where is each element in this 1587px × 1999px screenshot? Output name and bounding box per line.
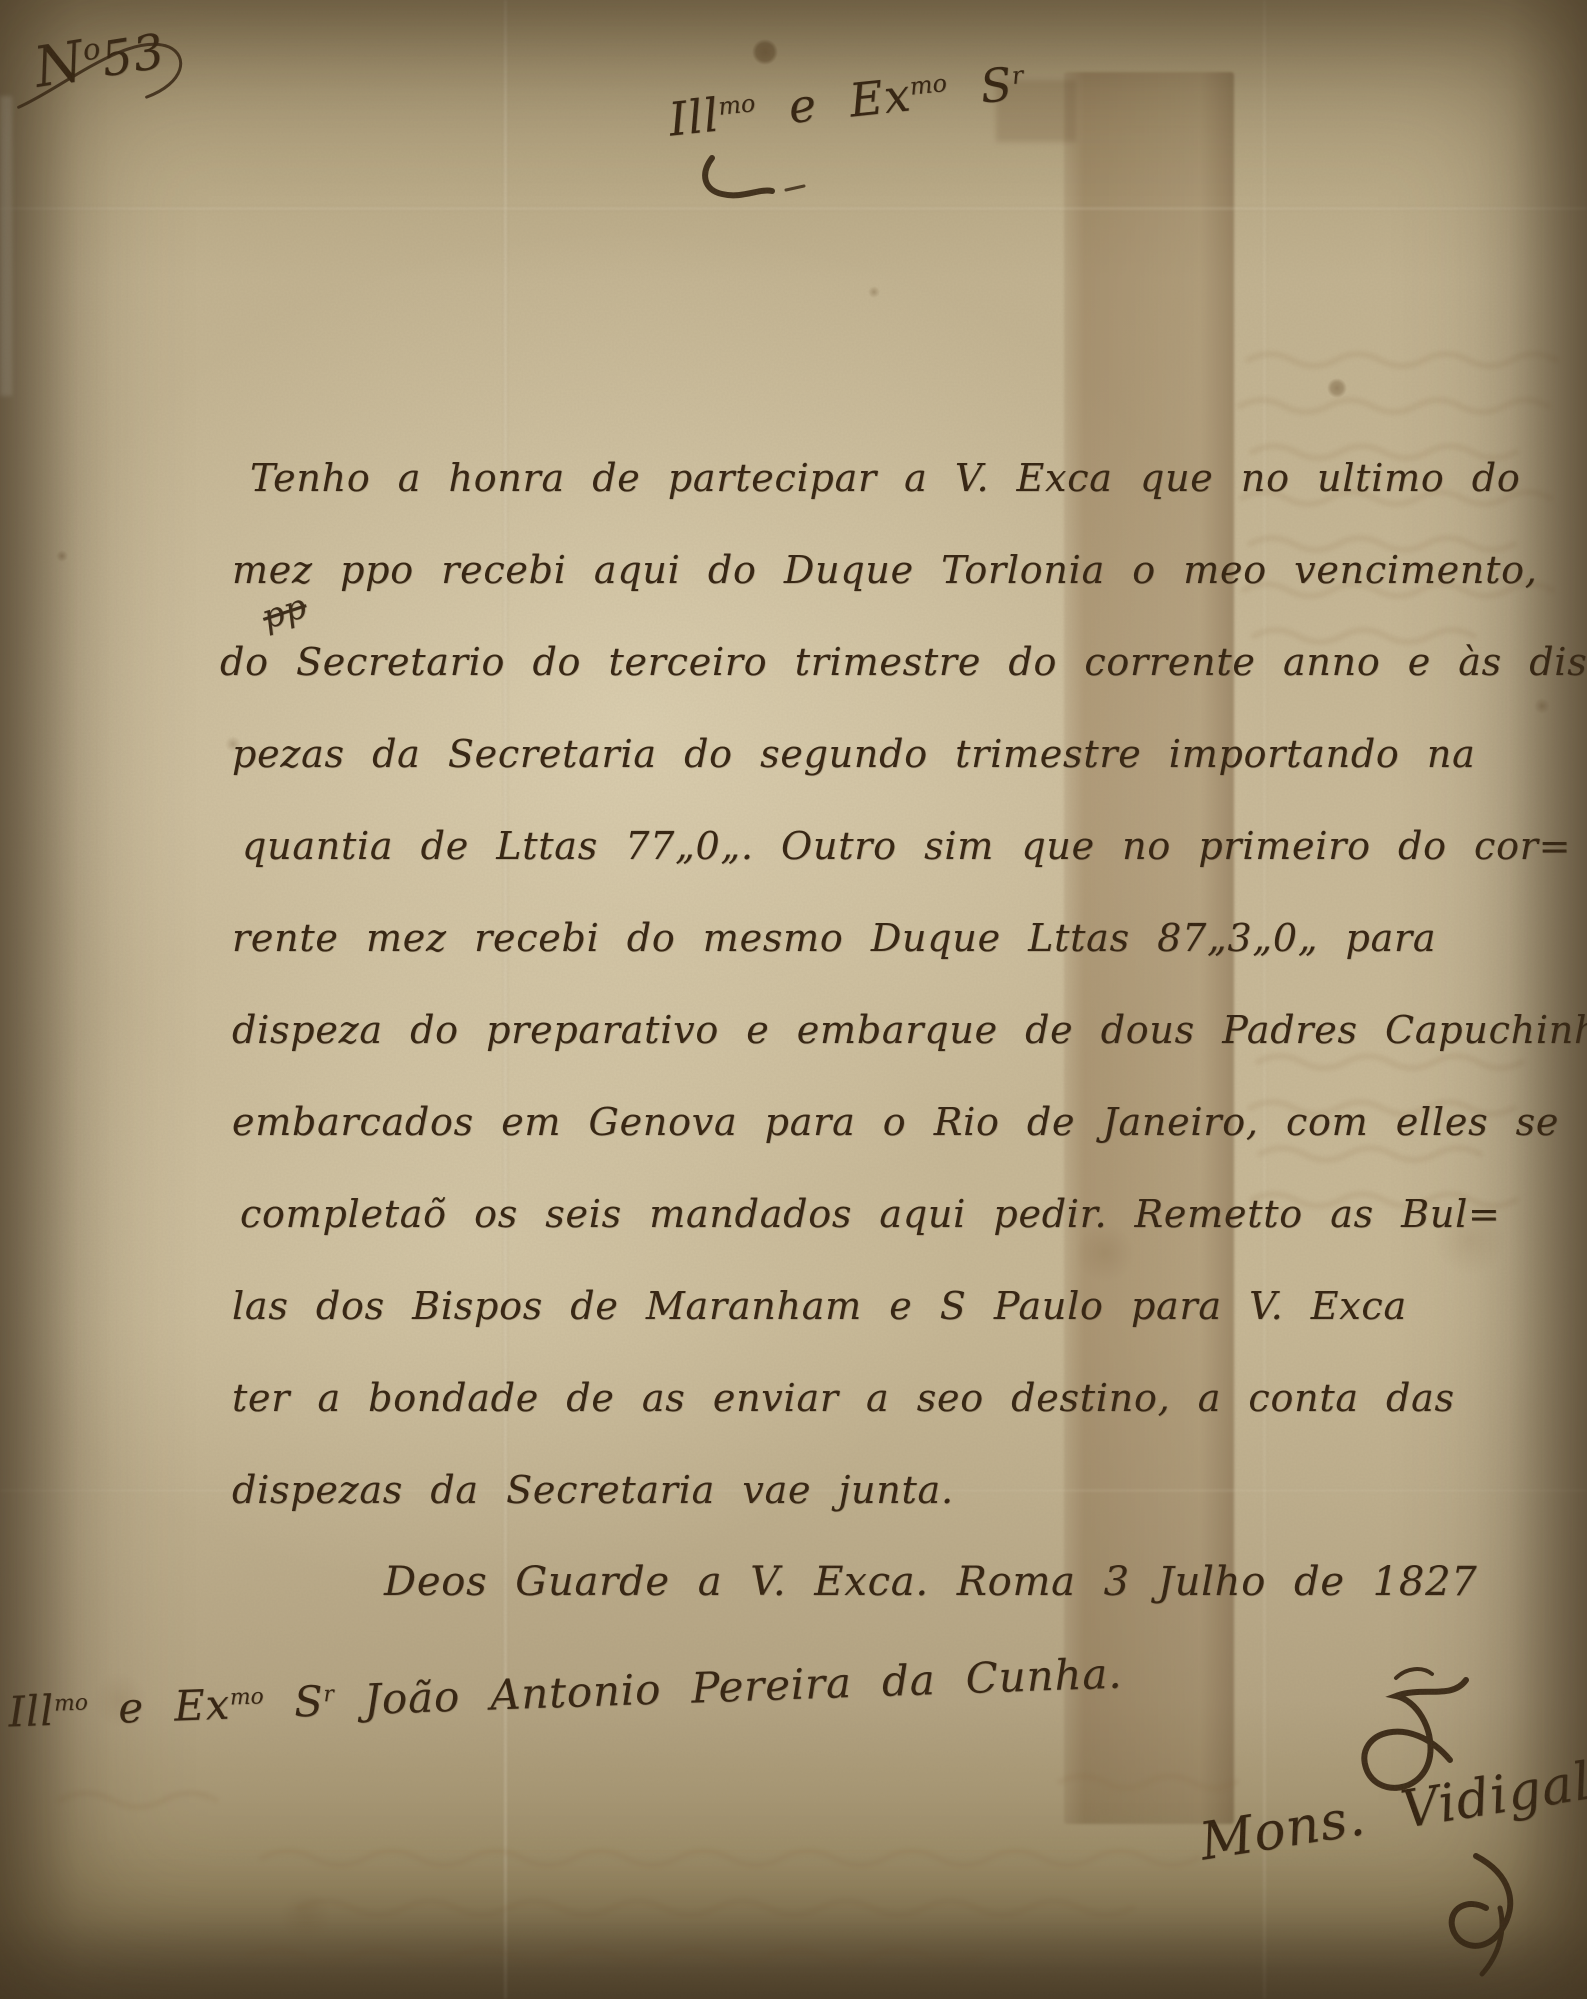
abbreviation-superscript: mo bbox=[717, 89, 757, 121]
letter-line: pezas da Secretaria do segundo trimestre… bbox=[232, 708, 1587, 800]
manuscript-letter-page: No53 Illmo e Exmo Sr Tenho a honra de pa… bbox=[0, 0, 1587, 1999]
letter-body: Tenho a honra de partecipar a V. Exca qu… bbox=[232, 432, 1587, 1628]
ink-flourish bbox=[690, 152, 820, 212]
letter-line: las dos Bispos de Maranham e S Paulo par… bbox=[232, 1260, 1587, 1352]
addressee-line: Illmo e Exmo Sr João Antonio Pereira da … bbox=[7, 1649, 1123, 1737]
abbreviation-superscript: mo bbox=[229, 1684, 264, 1710]
letter-line: dispezas da Secretaria vae junta. bbox=[232, 1444, 1587, 1536]
letter-line: quantia de Lttas 77„0„. Outro sim que no… bbox=[242, 800, 1587, 892]
salutation: Illmo e Exmo Sr bbox=[666, 55, 1027, 146]
abbreviation-superscript: r bbox=[1010, 61, 1024, 90]
paper-edge bbox=[0, 96, 12, 396]
salutation-text: S bbox=[945, 57, 1016, 118]
abbreviation-superscript: mo bbox=[54, 1690, 89, 1716]
addressee-honorific: Ill bbox=[7, 1686, 55, 1737]
abbreviation-superscript: mo bbox=[908, 69, 948, 101]
addressee-honorific: e Ex bbox=[87, 1680, 231, 1734]
letter-line: do Secretario do terceiro trimestre do c… bbox=[220, 616, 1587, 708]
addressee-name: João Antonio Pereira da Cunha. bbox=[333, 1649, 1123, 1725]
letter-line: completaõ os seis mandados aqui pedir. R… bbox=[240, 1168, 1587, 1260]
letter-line: embarcados em Genova para o Rio de Janei… bbox=[232, 1076, 1587, 1168]
letter-line: dispeza do preparativo e embarque de dou… bbox=[232, 984, 1587, 1076]
letter-line: mez ppo recebi aqui do Duque Torlonia o … bbox=[232, 524, 1587, 616]
signature-paraph-flourish bbox=[1300, 1640, 1587, 1980]
letter-line: Tenho a honra de partecipar a V. Exca qu… bbox=[250, 432, 1587, 524]
letter-line: rente mez recebi do mesmo Duque Lttas 87… bbox=[232, 892, 1587, 984]
addressee-honorific: S bbox=[263, 1676, 324, 1727]
letter-line: ter a bondade de as enviar a seo destino… bbox=[232, 1352, 1587, 1444]
document-number: No53 bbox=[30, 16, 170, 101]
salutation-text: Ill bbox=[666, 88, 722, 147]
closing-line: Deos Guarde a V. Exca. Roma 3 Julho de 1… bbox=[384, 1536, 1587, 1628]
salutation-text: e Ex bbox=[753, 67, 913, 137]
